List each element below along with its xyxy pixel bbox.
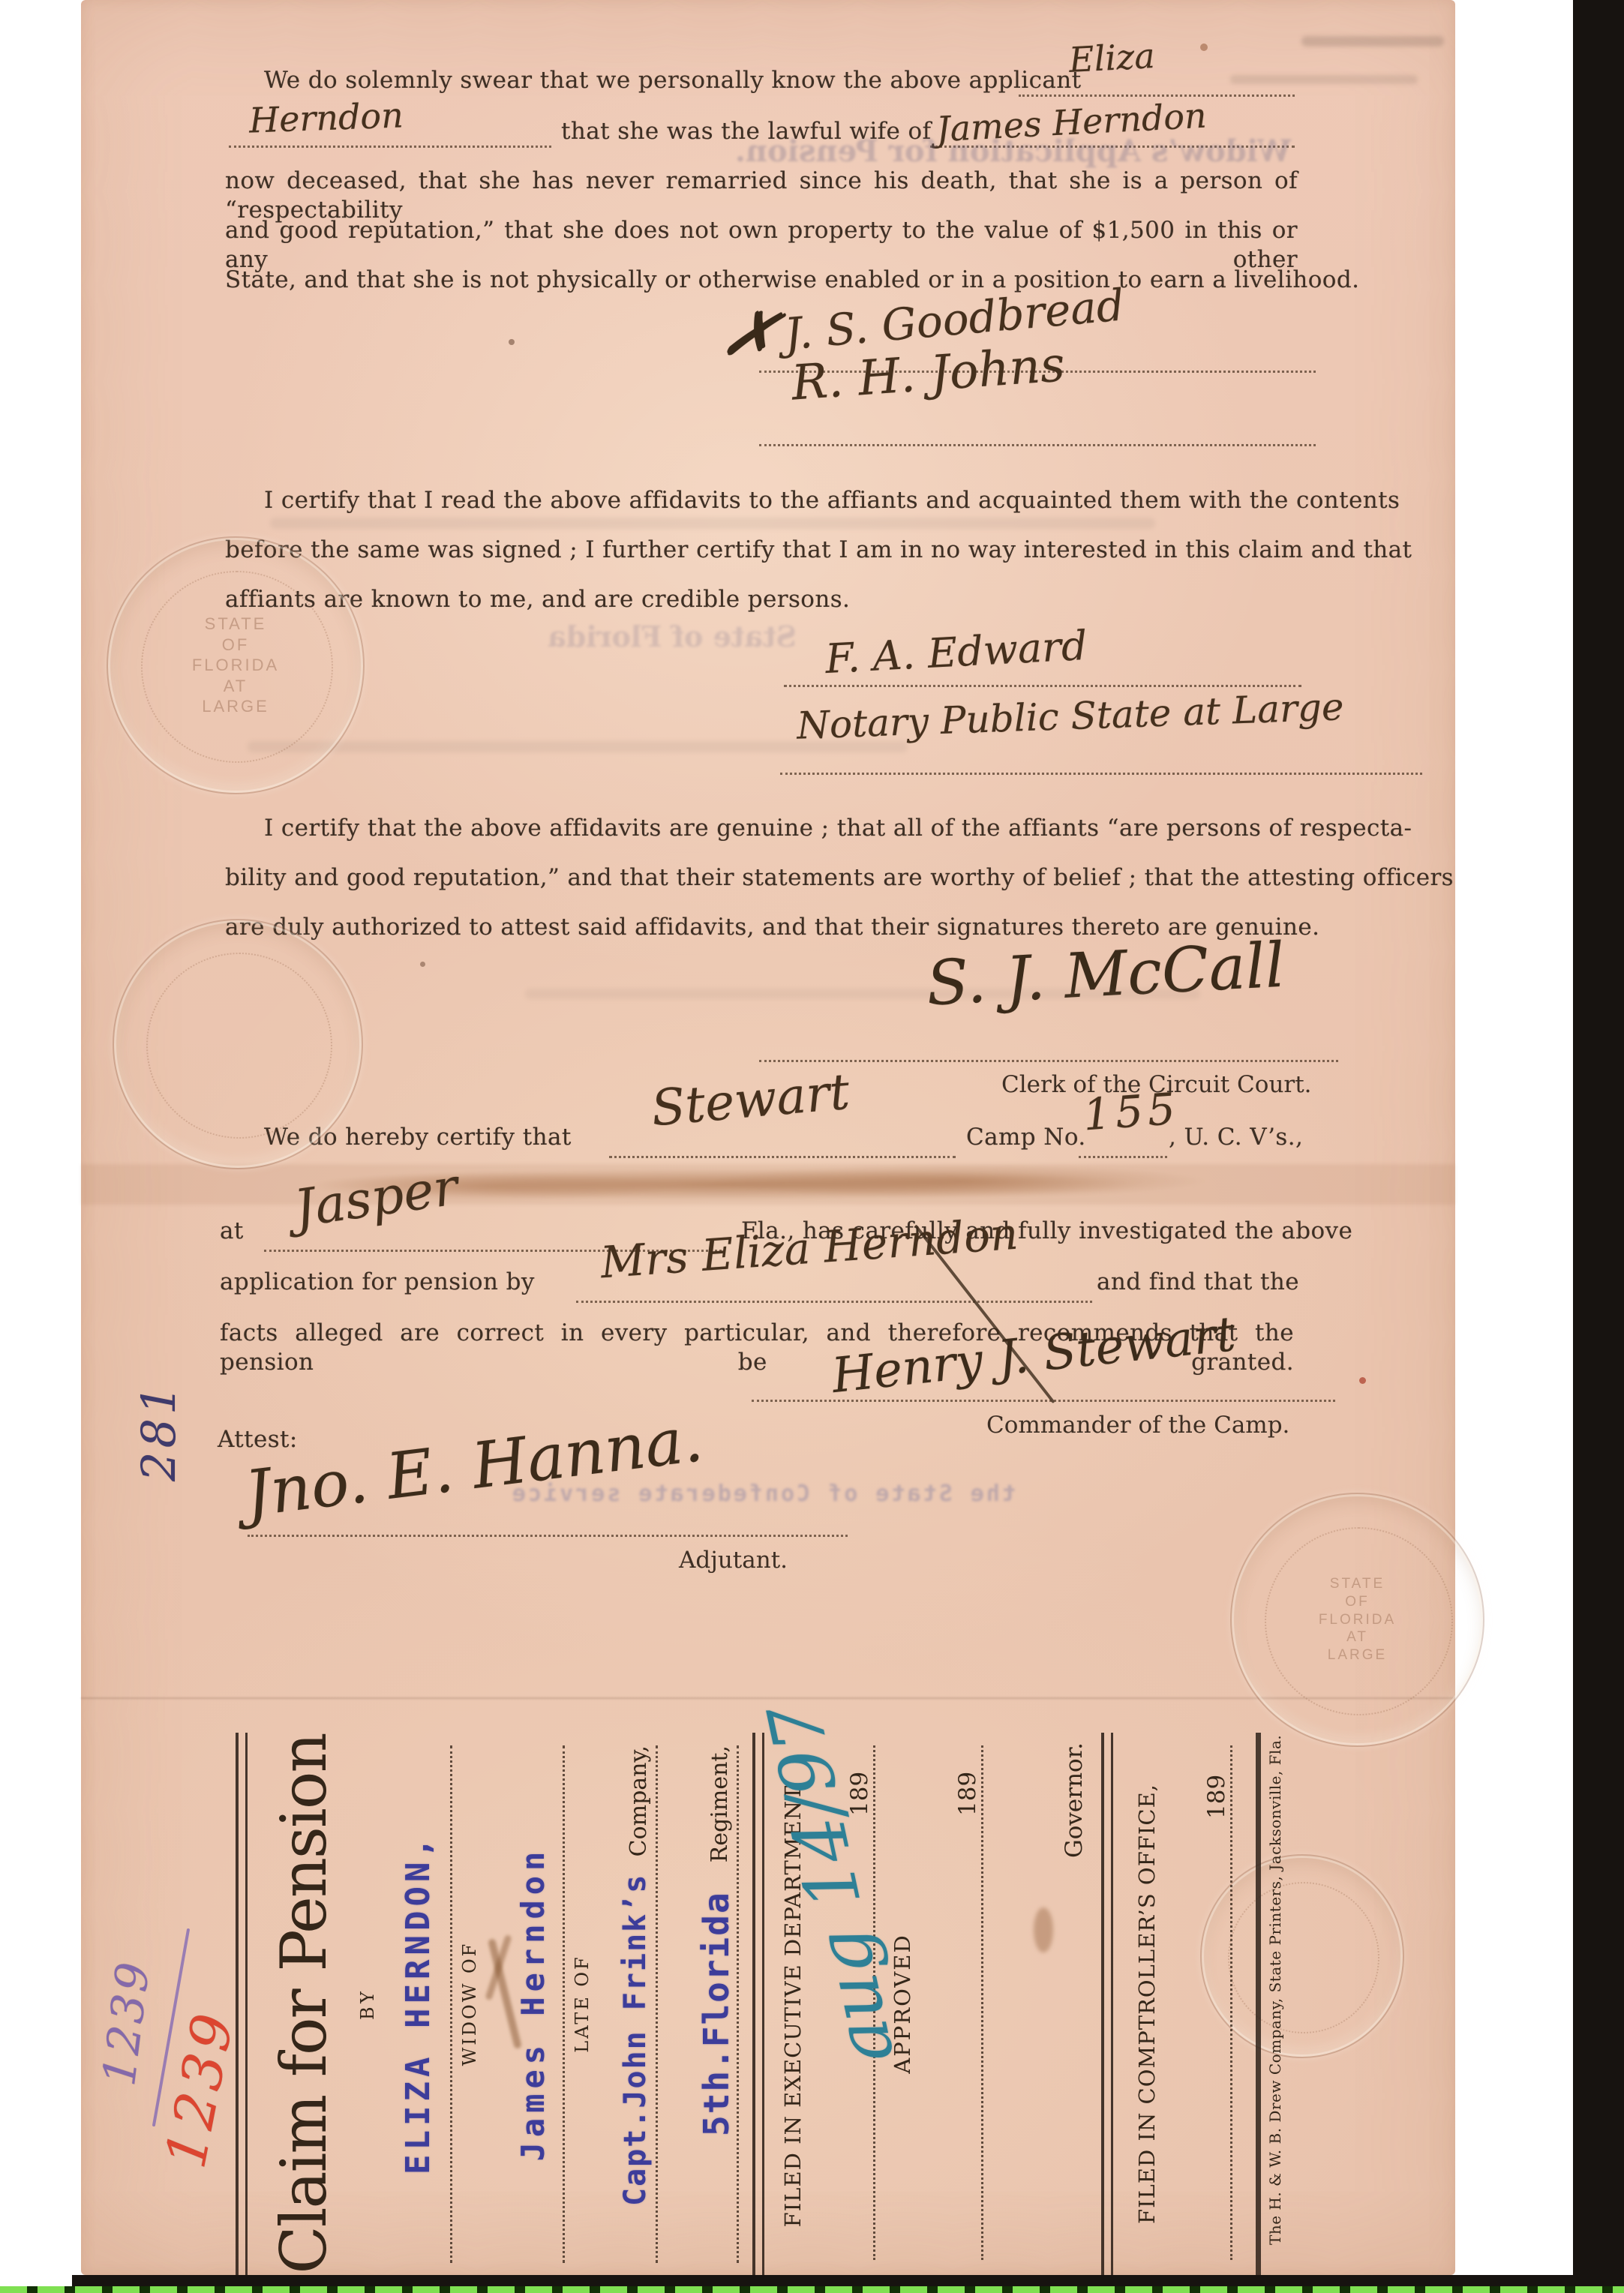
speck <box>509 339 515 345</box>
docket-by-label: BY <box>357 1733 378 2275</box>
camp-no-label: Camp No. <box>966 1123 1086 1152</box>
margin-number-text: 281 <box>131 1382 186 1481</box>
applicant-last-name-handwriting: Herndon <box>248 95 404 140</box>
clerk-line1: I certify that the above affidavits are … <box>264 814 1412 843</box>
docket-bottom-rule <box>1256 1733 1261 2275</box>
ghost-smudge <box>1230 75 1418 84</box>
notary-line2: before the same was signed ; I further c… <box>225 536 1412 565</box>
docket-dotted-line <box>656 1745 658 2263</box>
year-prefix: 189 <box>954 1772 981 1816</box>
company-label: Company, <box>626 1745 652 1900</box>
notary-line1: I certify that I read the above affidavi… <box>264 486 1400 515</box>
regiment-label: Regiment, <box>707 1745 733 1900</box>
ghost-smudge <box>1301 36 1444 47</box>
scan-edge-right <box>1573 0 1624 2293</box>
leader-line <box>1019 95 1295 97</box>
embossed-seal: STATE OF FLORIDA AT LARGE <box>1230 1493 1484 1747</box>
leader-line <box>1079 1156 1167 1158</box>
seal-text-line: AT <box>1346 1628 1368 1646</box>
approved-label: APPROVED <box>890 1733 915 2275</box>
docket-panel: 1239 1239 Claim for Pension BY ELIZA HER… <box>81 1733 1455 2275</box>
speck <box>1359 1377 1366 1384</box>
year-prefix: 189 <box>1203 1775 1230 1819</box>
camp-number-handwriting: 155 <box>1082 1083 1181 1141</box>
signature-line <box>752 1400 1335 1402</box>
seal-text-line: STATE <box>205 614 267 635</box>
seal-text-line: STATE <box>1330 1575 1385 1593</box>
docket-dotted-line <box>1230 1745 1232 2260</box>
docket-dotted-line <box>737 1745 739 2263</box>
scan-edge-artifact <box>0 2286 1624 2293</box>
applicant-first-name-handwriting: Eliza <box>1068 35 1156 80</box>
filed-date-handwriting: aug 14/97 <box>752 1696 911 2071</box>
claimant-name-stamp: ELIZA HERNDON, <box>399 1733 437 2275</box>
ghost-smudge <box>270 518 1155 529</box>
seal-text: STATE OF FLORIDA AT LARGE <box>108 538 363 793</box>
printer-credit: The H. & W. B. Drew Company, State Print… <box>1266 1744 1284 2245</box>
adjutant-title: Adjutant. <box>679 1547 788 1574</box>
attest-label: Attest: <box>218 1425 298 1454</box>
signature-line <box>759 444 1316 446</box>
file-number-purple: 1239 <box>93 1957 161 2089</box>
seal-text-line: LARGE <box>202 696 269 717</box>
clerk-line2: bility and good reputation,” and that th… <box>225 863 1454 893</box>
filed-comptroller-label: FILED IN COMPTROLLER’S OFFICE, <box>1134 1733 1160 2275</box>
camp-line1-suffix: , U. C. V’s., <box>1169 1123 1303 1152</box>
seal-text-line: LARGE <box>1328 1646 1387 1664</box>
docket-dotted-line <box>450 1745 452 2263</box>
commander-title: Commander of the Camp. <box>986 1412 1289 1439</box>
embossed-seal <box>113 919 363 1169</box>
company-value-stamp: Capt.John Frink’s <box>618 1874 653 2206</box>
seal-text-line: AT <box>224 676 248 697</box>
ghost-smudge <box>525 989 1200 999</box>
docket-top-rule <box>236 1733 248 2275</box>
leader-line <box>229 146 551 148</box>
camp-line2-prefix: at <box>220 1217 244 1246</box>
widow-of-label: WIDOW OF <box>459 1733 480 2275</box>
regiment-value-stamp: 5th.Florida <box>696 1891 737 2136</box>
speck <box>1200 44 1208 51</box>
docket-rotated-content: 1239 1239 Claim for Pension BY ELIZA HER… <box>81 1733 1455 2275</box>
file-number-red: 1239 <box>154 2004 248 2173</box>
ghost-heading2: State of Florida <box>548 620 797 653</box>
seal-text-line: OF <box>222 635 250 656</box>
affidavit-line5: State, and that she is not physically or… <box>225 266 1359 295</box>
seal-text-line: FLORIDA <box>192 655 279 676</box>
signature-line <box>780 773 1422 775</box>
docket-title: Claim for Pension <box>267 1733 341 2275</box>
leader-line <box>576 1301 1092 1303</box>
stain-mark <box>1034 1907 1053 1952</box>
ghost-blue-line: the State of Confederate service <box>510 1481 1016 1507</box>
governor-label: Governor. <box>1061 1742 1088 1930</box>
seal-text: STATE OF FLORIDA AT LARGE <box>1232 1494 1483 1745</box>
camp-line3-suffix: and find that the <box>1097 1268 1299 1297</box>
leader-line <box>609 1156 956 1158</box>
docket-section-rule <box>752 1733 764 2275</box>
signature-line <box>784 685 1301 687</box>
docket-dotted-line <box>981 1745 983 2260</box>
late-of-label: LATE OF <box>572 1733 593 2275</box>
scanned-pension-document: We do solemnly swear that we personally … <box>0 0 1624 2293</box>
docket-section-rule <box>1101 1733 1113 2275</box>
seal-ring <box>146 953 332 1139</box>
margin-number: 281 <box>131 1346 184 1481</box>
notary-embossed-seal: STATE OF FLORIDA AT LARGE <box>107 536 365 794</box>
seal-text-line: FLORIDA <box>1319 1611 1396 1629</box>
fold-stain <box>81 1164 1455 1205</box>
signature-line <box>759 1060 1338 1062</box>
docket-dotted-line <box>563 1745 565 2263</box>
husband-name-stamp: James Herndon <box>515 1733 551 2275</box>
seal-text-line: OF <box>1345 1593 1369 1611</box>
signature-line <box>248 1535 848 1537</box>
ghost-heading: Widow’s Application for Pension. <box>735 134 1291 169</box>
camp-line3-prefix: application for pension by <box>220 1268 535 1297</box>
speck <box>420 962 425 967</box>
affidavit-line1: We do solemnly swear that we personally … <box>264 66 1081 95</box>
